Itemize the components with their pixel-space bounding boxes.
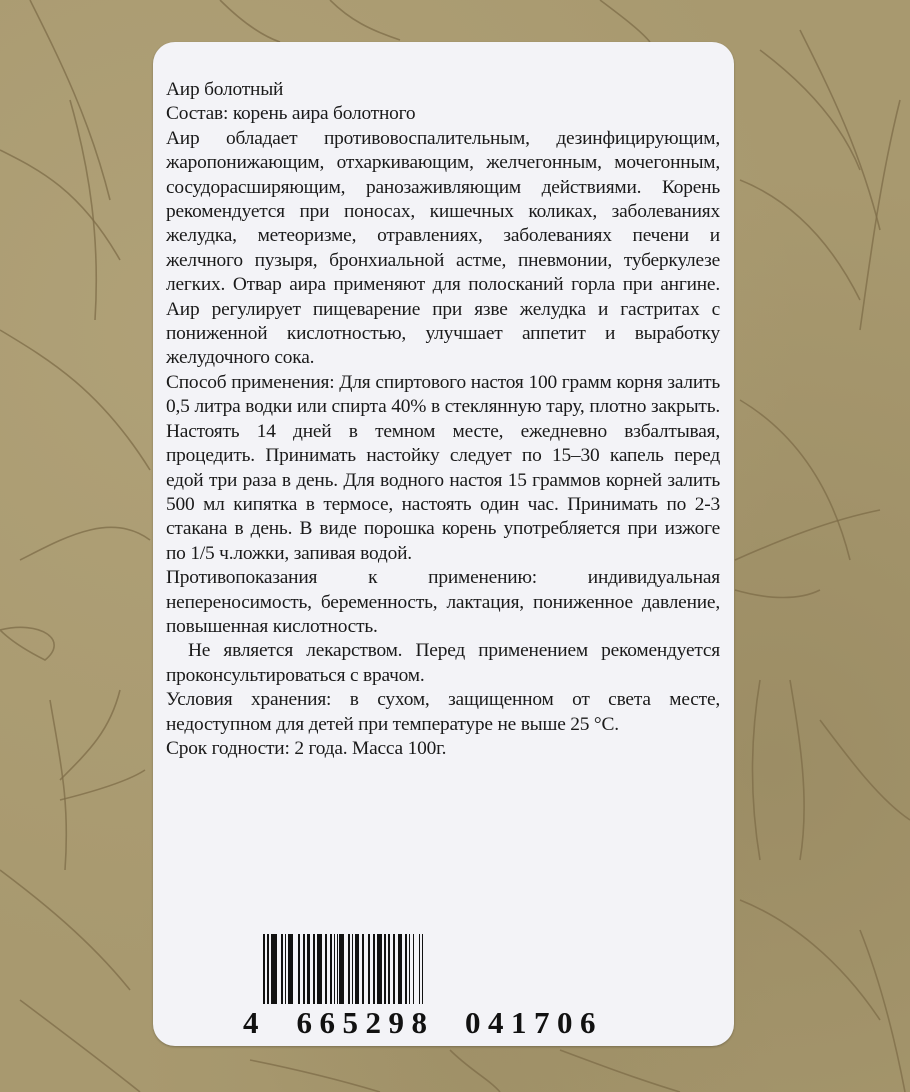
shelf-life-and-mass: Срок годности: 2 года. Масса 100г. <box>166 737 720 761</box>
storage-conditions: Условия хранения: в сухом, защищенном от… <box>166 688 720 737</box>
product-label: Аир болотный Состав: корень аира болотно… <box>153 42 734 1046</box>
contraindications: Противопоказания к применению: индивидуа… <box>166 566 720 639</box>
usage-instructions: Способ применения: Для спиртового настоя… <box>166 371 720 566</box>
barcode-number: 4 665298 041706 <box>243 1005 643 1041</box>
description: Аир обладает противовоспалительным, дези… <box>166 127 720 371</box>
composition: Состав: корень аира болотного <box>166 102 720 126</box>
barcode-icon <box>263 934 583 1004</box>
label-text: Аир болотный Состав: корень аира болотно… <box>166 78 720 761</box>
disclaimer: Не является лекарством. Перед применение… <box>166 639 720 688</box>
product-title: Аир болотный <box>166 78 720 102</box>
